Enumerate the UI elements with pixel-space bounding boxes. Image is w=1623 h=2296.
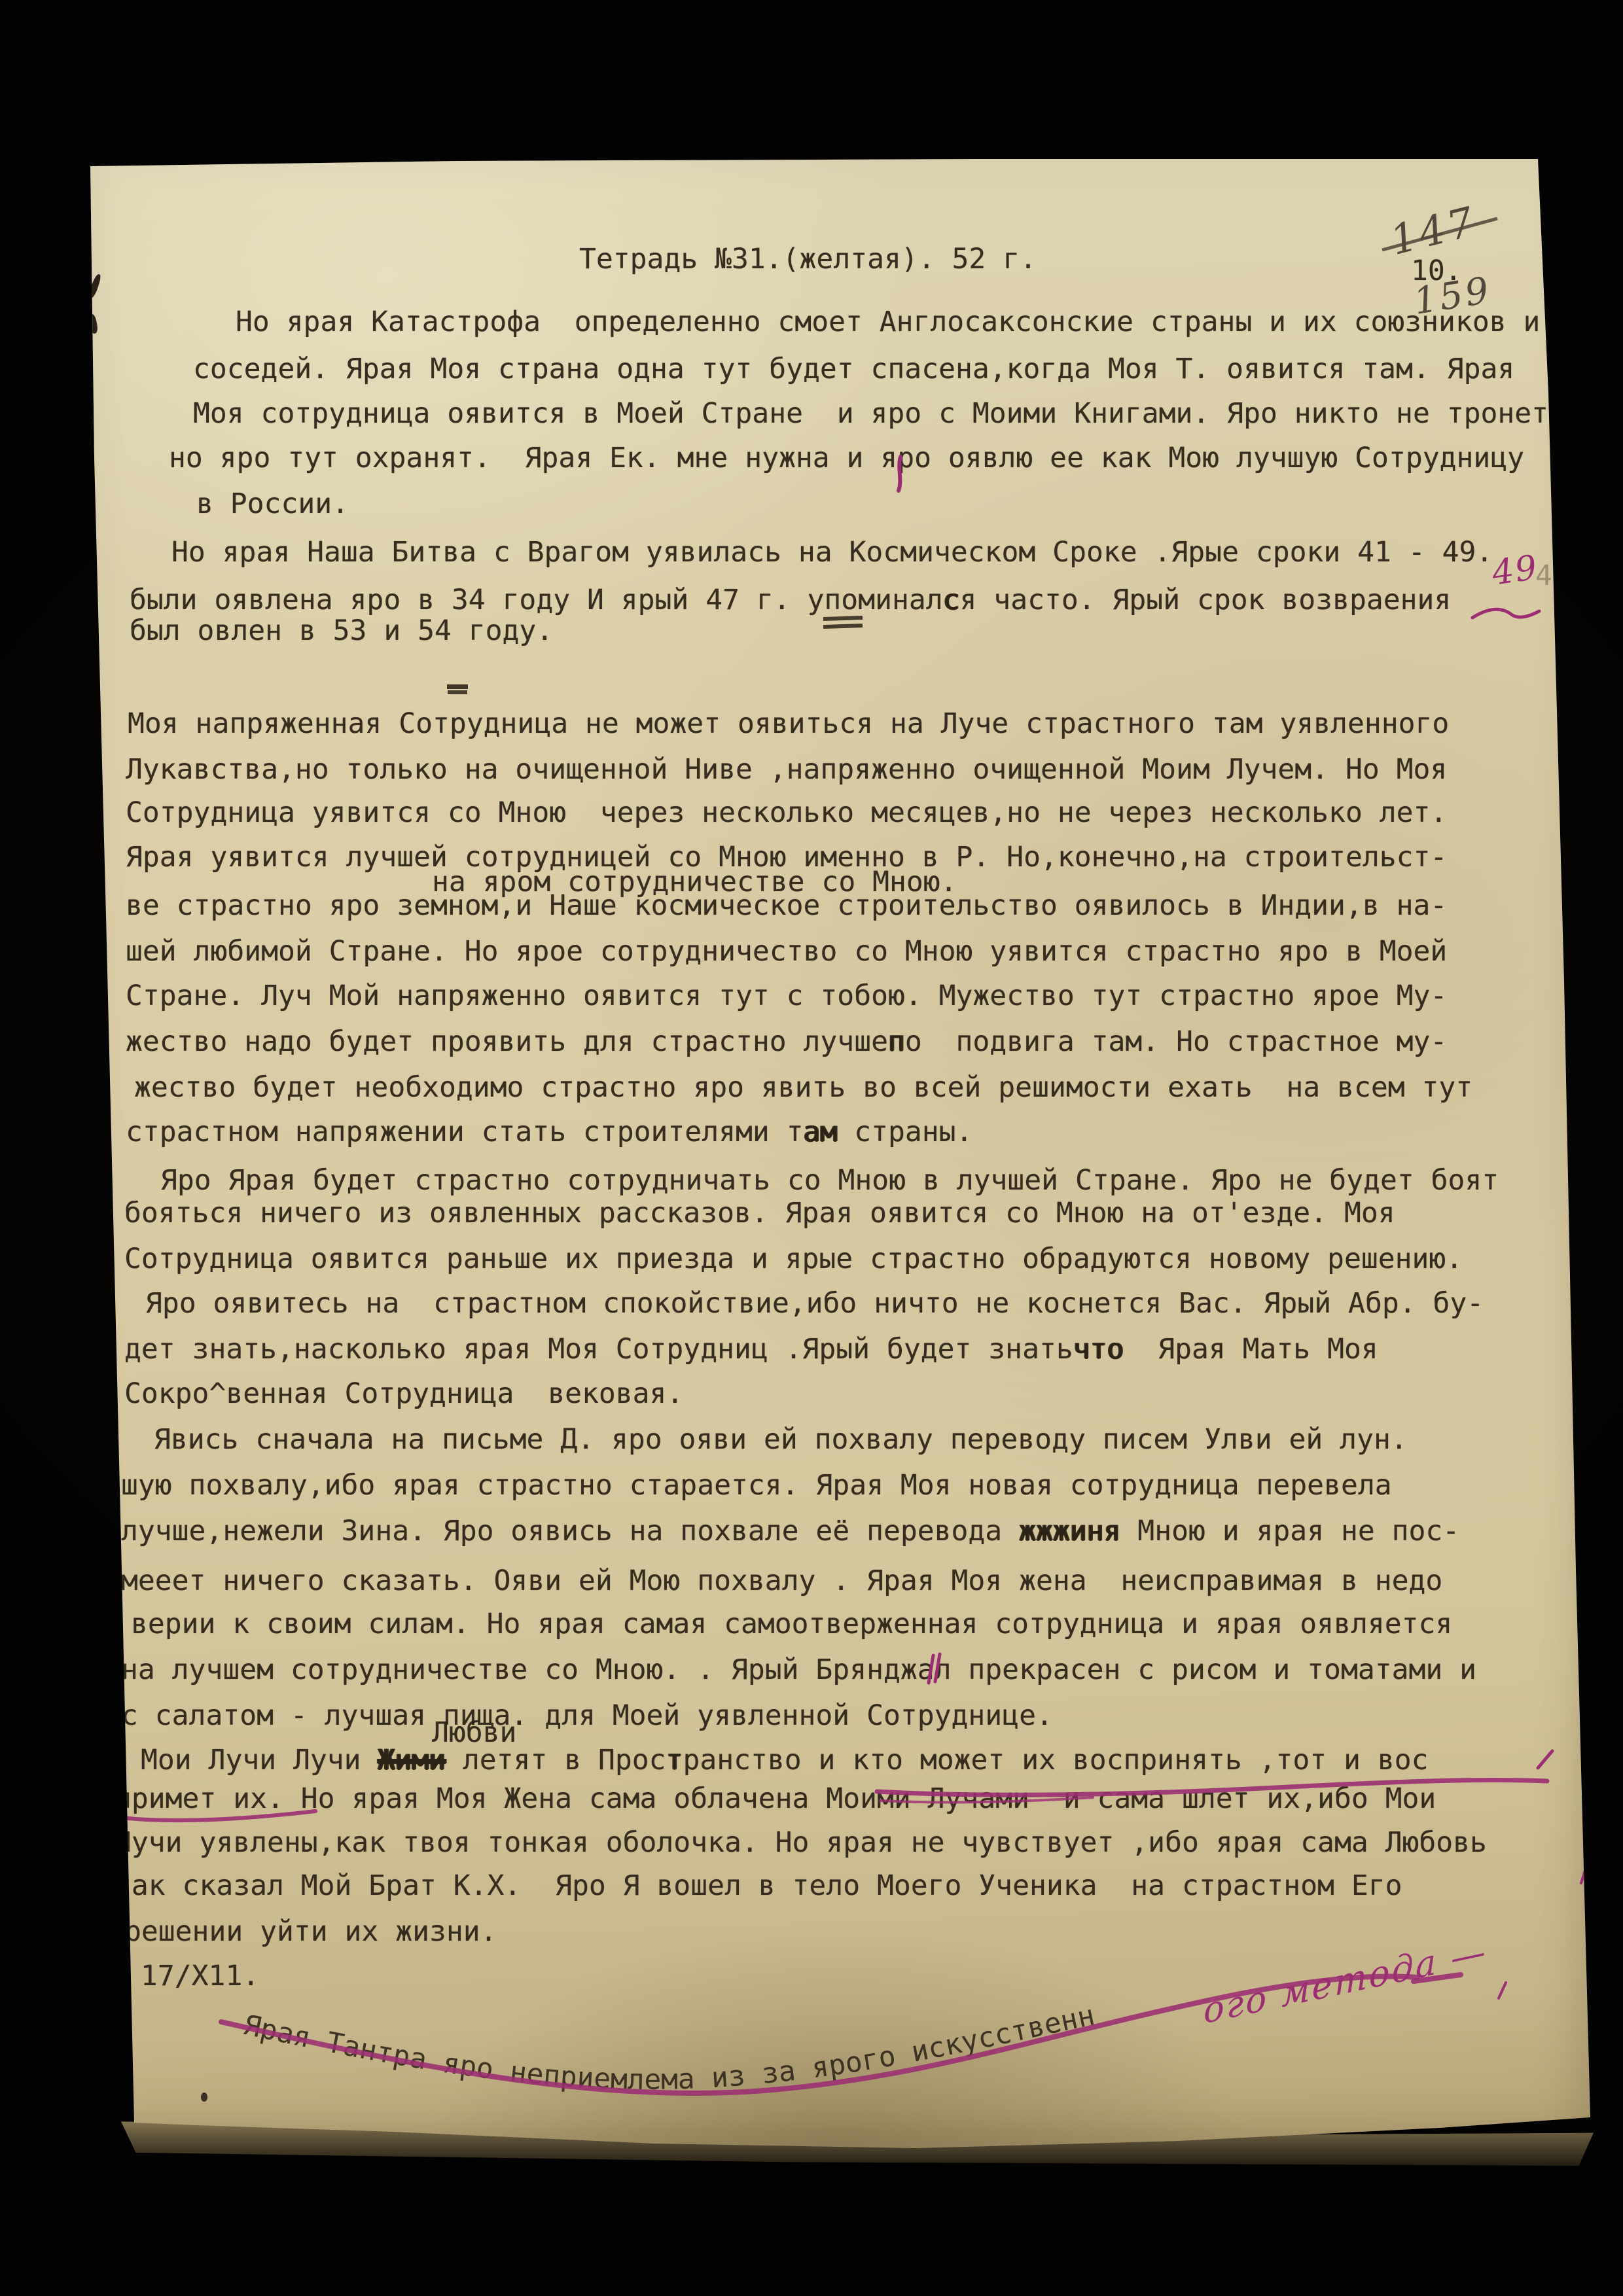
paper-clip-region: Тетрадь №31.(желтая). 52 г. 10. 147 159 …	[0, 0, 1623, 2296]
handwritten-49-correction: 49	[1489, 548, 1541, 593]
text-line: Мои Лучи Лучи Жими летят в Пространство …	[141, 1744, 1429, 1776]
text-line: Явись сначала на письме Д. яро ояви ей п…	[154, 1424, 1408, 1456]
text-line: Яро оявитесь на страстном спокойствие,иб…	[145, 1288, 1484, 1320]
text-line: верии к своим силам. Но ярая самая самоо…	[131, 1608, 1452, 1640]
text-line: Стране. Луч Мой напряженно оявится тут с…	[126, 980, 1447, 1012]
overstruck-text: ам	[804, 1116, 838, 1148]
text-line: страстном напряжении стать строителями т…	[126, 1116, 972, 1148]
scanned-page-view: { "page": { "colors": { "background": "#…	[0, 0, 1623, 2296]
text-line: на лучшем сотрудничестве со Мною. . Ярый…	[121, 1654, 1476, 1686]
text-line: соседей. Ярая Моя страна одна тут будет …	[193, 353, 1514, 385]
text-line: Но ярая Катастрофа определенно смоет Анг…	[236, 306, 1540, 338]
text-line: Моя напряженная Сотрудница не может ояви…	[128, 708, 1449, 740]
text-line: Лучи уявлены,как твоя тонкая оболочка. Н…	[115, 1827, 1487, 1859]
overstruck-text: с	[943, 584, 960, 616]
text-line: шей любимой Стране. Но ярое сотрудничест…	[126, 936, 1447, 968]
stray-period-mark	[201, 2093, 207, 2102]
ghost-typed-49: 49	[1535, 560, 1569, 592]
text-line: Лукавства,но только на очищенной Ниве ,н…	[126, 754, 1447, 786]
overstruck-text: т	[666, 1744, 683, 1776]
overstruck-text: что	[1073, 1333, 1124, 1366]
text-line: Сотрудница оявится раньше их приезда и я…	[124, 1243, 1463, 1275]
text-line: решении уйти их жизни.	[124, 1916, 497, 1948]
text-line: Сотрудница уявится со Мною через несколь…	[126, 797, 1447, 829]
crossed-out-text: Жими	[378, 1744, 446, 1776]
text-line: лучше,нежели Зина. Яро оявись на похвале…	[121, 1515, 1459, 1547]
text-line: жество будет необходимо страстно яро яви…	[134, 1072, 1472, 1104]
text-line: мееет ничего сказать. Ояви ей Мою похвал…	[121, 1565, 1442, 1597]
text-line: Яро Ярая будет страстно сотрудничать со …	[160, 1165, 1499, 1197]
text-line: был овлен в 53 и 54 году.	[130, 615, 553, 647]
text-line: бояться ничего из оявленных рассказов. Я…	[124, 1197, 1395, 1229]
text-line: Сокро^венная Сотрудница вековая.	[124, 1378, 683, 1410]
overstruck-text: п	[888, 1025, 905, 1058]
overstruck-text: жжжиня	[1019, 1515, 1120, 1547]
text-line: примет их. Но ярая Моя Жена сама облачен…	[115, 1783, 1436, 1815]
text-line: но яро тут охранят. Ярая Ек. мне нужна и…	[169, 442, 1524, 474]
text-line: ве страстно яро земном,и Наше космическо…	[126, 890, 1447, 922]
text-line: Но ярая Наша Битва с Врагом уявилась на …	[171, 537, 1493, 569]
text-line: жество надо будет проявить для страстно …	[126, 1026, 1447, 1058]
text-line: в России.	[196, 488, 349, 520]
text-line: 17/X11.	[141, 1960, 259, 1992]
text-line: были оявлена яро в 34 году И ярый 47 г. …	[130, 584, 1451, 616]
text-line: дет знать,насколько ярая Моя Сотрудниц .…	[124, 1333, 1378, 1366]
text-line: Моя сотрудница оявится в Моей Стране и я…	[193, 398, 1548, 430]
text-line: шую похвалу,ибо ярая страстно старается.…	[121, 1470, 1392, 1502]
text-line: так сказал Мой Брат К.Х. Яро Я вошел в т…	[115, 1870, 1402, 1902]
notebook-title: Тетрадь №31.(желтая). 52 г.	[579, 243, 1037, 275]
text-line: с салатом - лучшая пища. для Моей уявлен…	[121, 1700, 1053, 1732]
